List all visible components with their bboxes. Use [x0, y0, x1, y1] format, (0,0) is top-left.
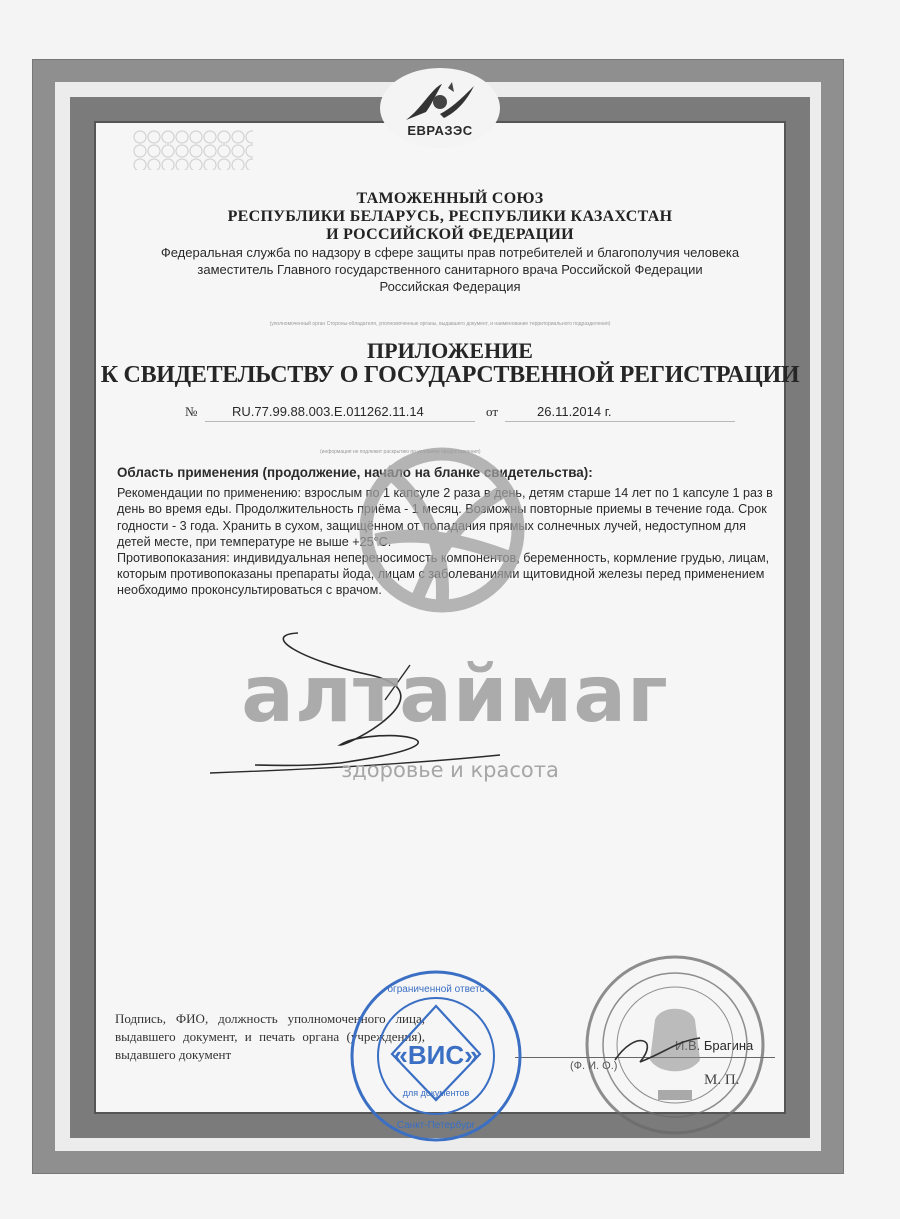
globe-icon [356, 430, 528, 630]
union-line-1: ТАМОЖЕННЫЙ СОЮЗ [100, 190, 800, 208]
svg-text:ограниченной ответс: ограниченной ответс [387, 984, 484, 995]
svg-text:Санкт-Петербург: Санкт-Петербург [397, 1119, 476, 1131]
union-line-2: РЕСПУБЛИКИ БЕЛАРУСЬ, РЕСПУБЛИКИ КАЗАХСТА… [100, 208, 800, 226]
eurasec-logo: ЕВРАЗЭС [380, 68, 500, 148]
svg-text:«ВИС»: «ВИС» [393, 1040, 478, 1070]
agency-line-3: Российская Федерация [100, 278, 800, 295]
guilloche-pattern [133, 130, 253, 170]
union-line-3: И РОССИЙСКОЙ ФЕДЕРАЦИИ [100, 226, 800, 244]
number-underline [205, 421, 475, 422]
registration-number-label: № [185, 404, 197, 420]
watermark-tagline: здоровье и красота [300, 758, 600, 782]
watermark-brand: алтаймаг [220, 650, 690, 740]
issuer-caption: (уполномоченный орган Стороны-обладателя… [170, 321, 710, 329]
agency-line-2: заместитель Главного государственного са… [100, 261, 800, 278]
issuer-header: ТАМОЖЕННЫЙ СОЮЗ РЕСПУБЛИКИ БЕЛАРУСЬ, РЕС… [100, 190, 800, 295]
agency-line-1: Федеральная служба по надзору в сфере за… [100, 244, 800, 261]
eurasec-logo-text: ЕВРАЗЭС [380, 123, 500, 138]
registration-date-label: от [486, 404, 498, 420]
eurasec-emblem-icon [402, 78, 478, 124]
document-subtitle: К СВИДЕТЕЛЬСТВУ О ГОСУДАРСТВЕННОЙ РЕГИСТ… [100, 362, 800, 389]
vis-company-stamp-icon: «ВИС» ограниченной ответс Санкт-Петербур… [348, 968, 524, 1144]
document-title: ПРИЛОЖЕНИЕ [100, 338, 800, 364]
svg-text:для документов: для документов [403, 1088, 470, 1098]
rospotrebnadzor-seal-icon [580, 950, 770, 1140]
registration-number: RU.77.99.88.003.E.011262.11.14 [232, 404, 424, 419]
date-underline [505, 421, 735, 422]
registration-date: 26.11.2014 г. [537, 404, 611, 419]
